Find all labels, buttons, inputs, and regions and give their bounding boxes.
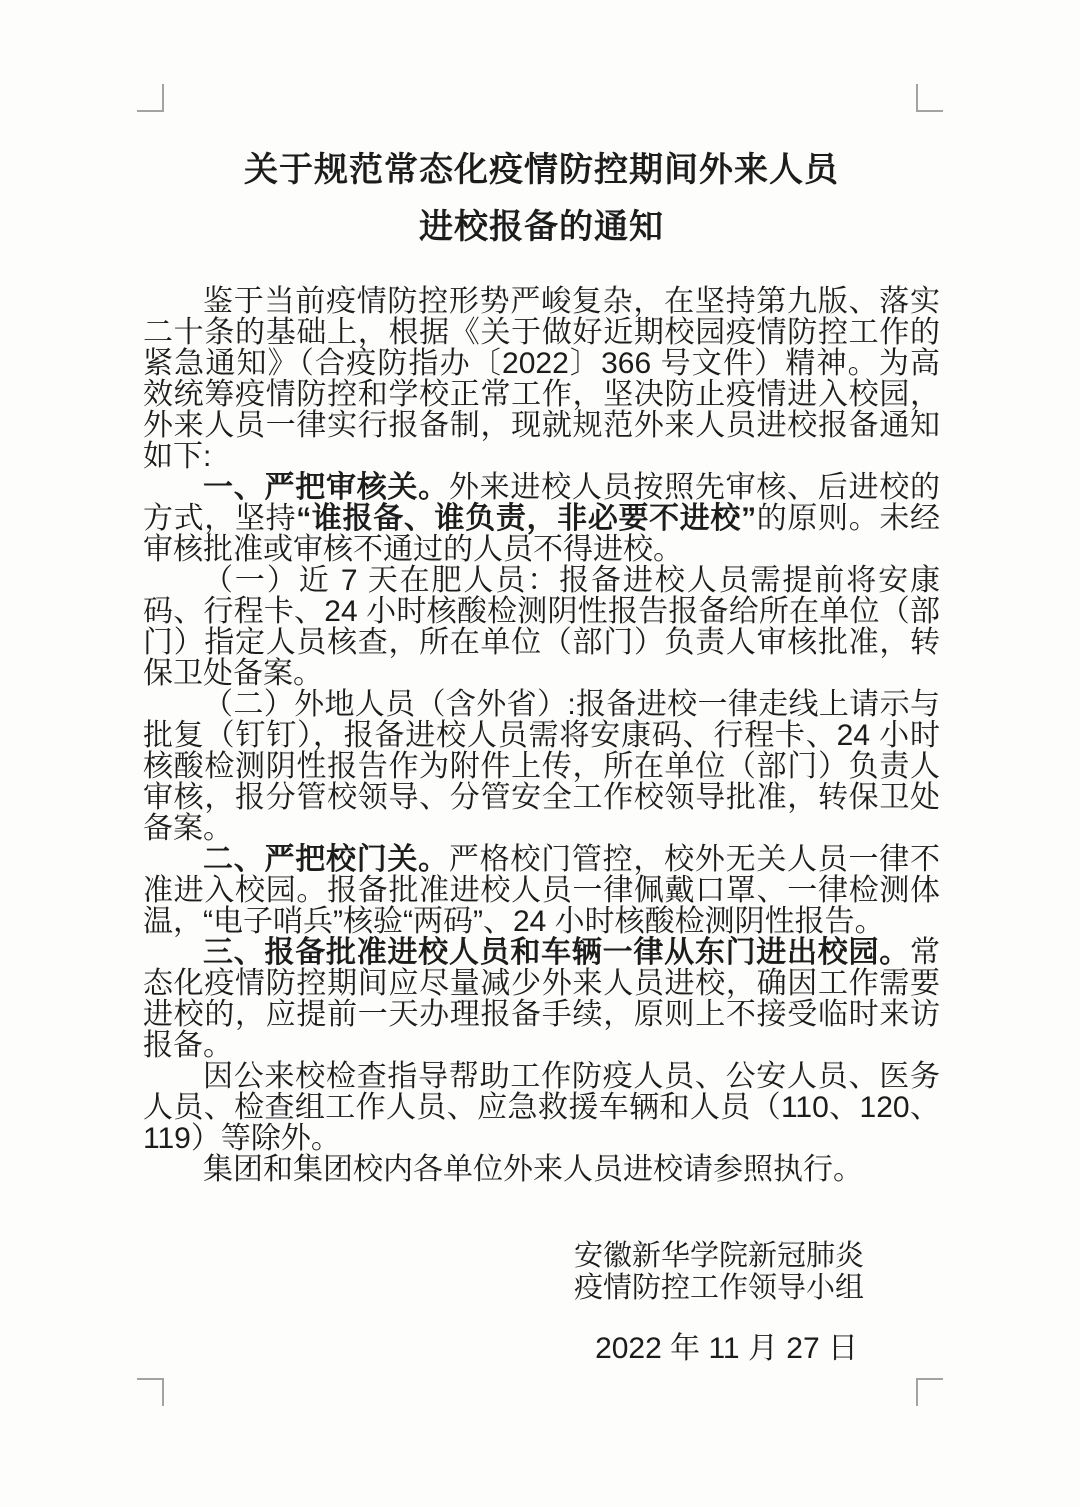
date-line: 2022 年 11 月 27 日	[595, 1332, 858, 1366]
signature-line-2: 疫情防控工作领导小组	[574, 1272, 864, 1304]
notice-title-line-2: 进校报备的通知	[143, 199, 940, 256]
paragraph: 二、严把校门关。严格校门管控，校外无关人员一律不准进入校园。报备批准进校人员一律…	[143, 844, 940, 937]
text-run: 一、严把审核关。	[203, 471, 449, 504]
notice-body: 鉴于当前疫情防控形势严峻复杂，在坚持第九版、落实二十条的基础上，根据《关于做好近…	[143, 286, 940, 1185]
text-run: 因公来校检查指导帮助工作防疫人员、公安人员、医务人员、检查组工作人员、应急救援车…	[143, 1060, 940, 1155]
text-run: （二）外地人员（含外省）:报备进校一律走线上请示与批复（钉钉），报备进校人员需将…	[143, 688, 940, 845]
crop-mark-bottom-right-icon	[916, 1378, 943, 1406]
text-run: “谁报备、谁负责，非必要不进校”	[296, 502, 756, 535]
notice-title: 关于规范常态化疫情防控期间外来人员 进校报备的通知	[143, 142, 940, 256]
paragraph: 一、严把审核关。外来进校人员按照先审核、后进校的方式，坚持“谁报备、谁负责，非必…	[143, 472, 940, 565]
text-run: 三、报备批准进校人员和车辆一律从东门进出校园。	[203, 936, 910, 969]
paragraph: （一）近 7 天在肥人员：报备进校人员需提前将安康码、行程卡、24 小时核酸检测…	[143, 565, 940, 689]
paragraph: （二）外地人员（含外省）:报备进校一律走线上请示与批复（钉钉），报备进校人员需将…	[143, 689, 940, 844]
signature-line-1: 安徽新华学院新冠肺炎	[574, 1240, 864, 1272]
text-run: （一）近 7 天在肥人员：报备进校人员需提前将安康码、行程卡、24 小时核酸检测…	[143, 564, 940, 690]
notice-title-line-1: 关于规范常态化疫情防控期间外来人员	[143, 142, 940, 199]
crop-mark-bottom-left-icon	[137, 1378, 164, 1406]
scanned-notice-page: 关于规范常态化疫情防控期间外来人员 进校报备的通知 鉴于当前疫情防控形势严峻复杂…	[0, 0, 1080, 1507]
paragraph: 三、报备批准进校人员和车辆一律从东门进出校园。常态化疫情防控期间应尽量减少外来人…	[143, 937, 940, 1061]
text-run: 鉴于当前疫情防控形势严峻复杂，在坚持第九版、落实二十条的基础上，根据《关于做好近…	[143, 285, 940, 473]
paragraph: 集团和集团校内各单位外来人员进校请参照执行。	[143, 1154, 940, 1185]
text-run: 二、严把校门关。	[203, 843, 449, 876]
text-run: 集团和集团校内各单位外来人员进校请参照执行。	[203, 1153, 863, 1186]
paragraph: 因公来校检查指导帮助工作防疫人员、公安人员、医务人员、检查组工作人员、应急救援车…	[143, 1061, 940, 1154]
paragraph: 鉴于当前疫情防控形势严峻复杂，在坚持第九版、落实二十条的基础上，根据《关于做好近…	[143, 286, 940, 472]
signature-block: 安徽新华学院新冠肺炎 疫情防控工作领导小组	[574, 1240, 864, 1304]
document-content: 关于规范常态化疫情防控期间外来人员 进校报备的通知 鉴于当前疫情防控形势严峻复杂…	[143, 0, 940, 1366]
